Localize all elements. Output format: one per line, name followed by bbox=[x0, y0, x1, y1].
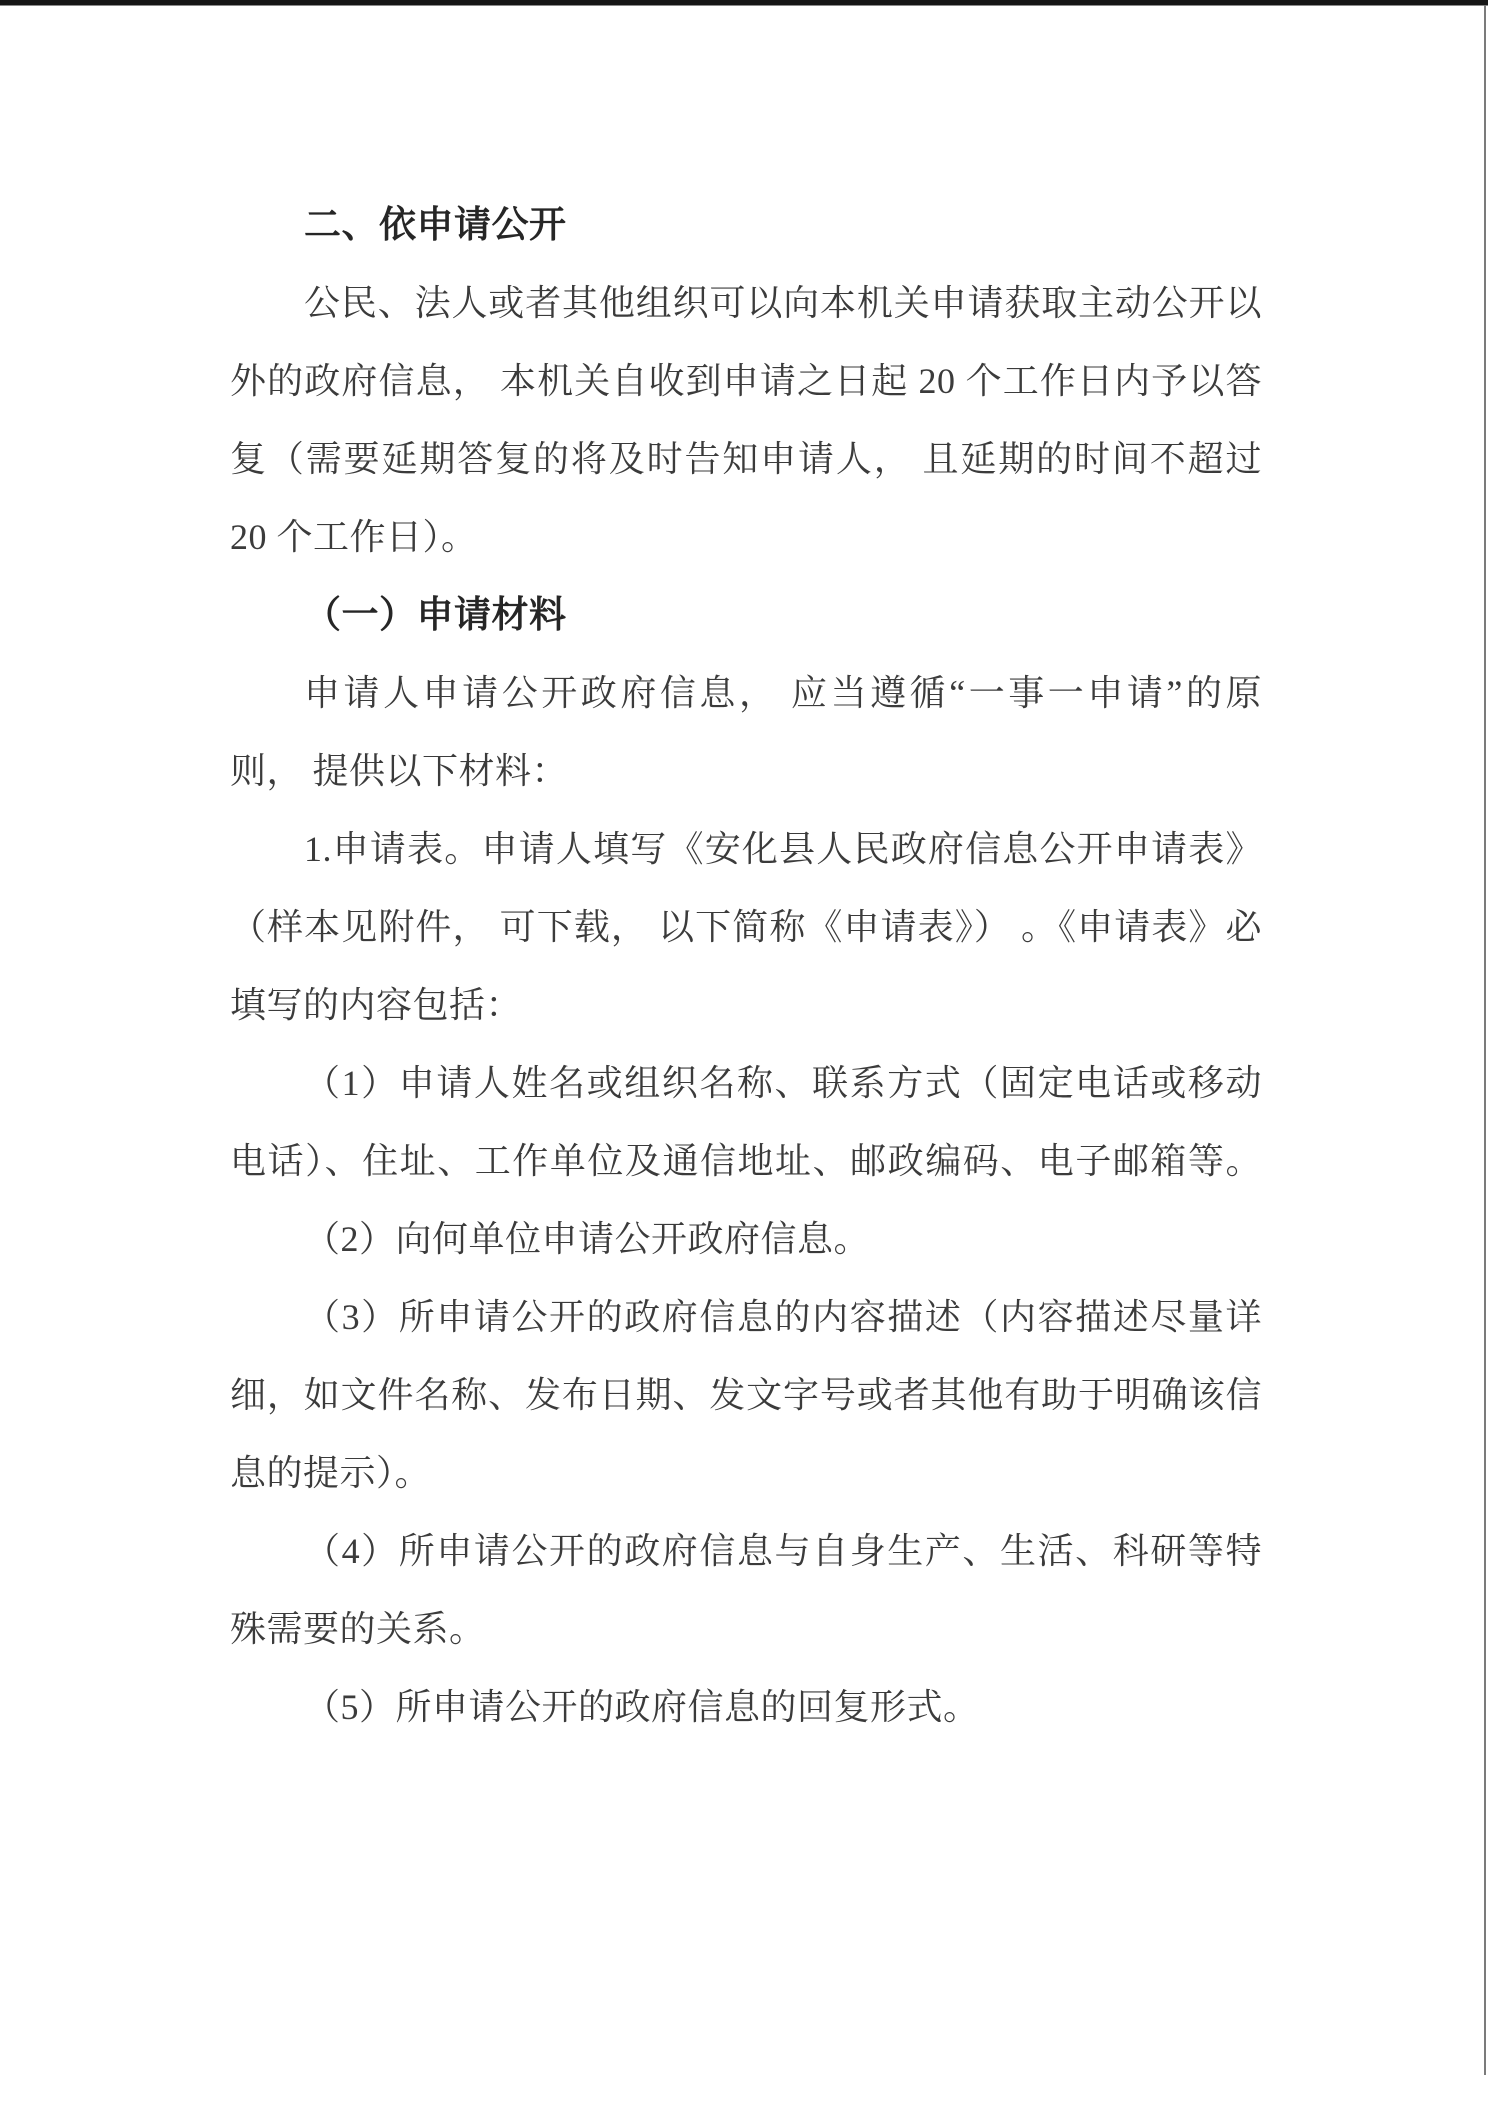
heading-line: 二、依申请公开 bbox=[230, 186, 1262, 264]
text-line: 则， 提供以下材料： bbox=[230, 732, 1262, 810]
text-line: 电话）、住址、工作单位及通信地址、邮政编码、电子邮箱等。 bbox=[230, 1122, 1262, 1200]
document-body: 二、依申请公开公民、法人或者其他组织可以向本机关申请获取主动公开以外的政府信息，… bbox=[230, 186, 1262, 1746]
text-line: 息的提示）。 bbox=[230, 1434, 1262, 1512]
scan-right-edge-artifact bbox=[1484, 5, 1486, 2075]
text-line: （4）所申请公开的政府信息与自身生产、生活、科研等特 bbox=[230, 1512, 1262, 1590]
text-line: （样本见附件， 可下载， 以下简称《申请表》） 。《申请表》必 bbox=[230, 888, 1262, 966]
text-line: 申请人申请公开政府信息， 应当遵循“一事一申请”的原 bbox=[230, 654, 1262, 732]
text-line: 细，如文件名称、发布日期、发文字号或者其他有助于明确该信 bbox=[230, 1356, 1262, 1434]
text-line: 填写的内容包括： bbox=[230, 966, 1262, 1044]
text-line: 公民、法人或者其他组织可以向本机关申请获取主动公开以 bbox=[230, 264, 1262, 342]
text-line: 20 个工作日）。 bbox=[230, 498, 1262, 576]
text-line: 复（需要延期答复的将及时告知申请人， 且延期的时间不超过 bbox=[230, 420, 1262, 498]
text-line: （2）向何单位申请公开政府信息。 bbox=[230, 1200, 1262, 1278]
text-line: 殊需要的关系。 bbox=[230, 1590, 1262, 1668]
text-line: （3）所申请公开的政府信息的内容描述（内容描述尽量详 bbox=[230, 1278, 1262, 1356]
text-line: （1）申请人姓名或组织名称、联系方式（固定电话或移动 bbox=[230, 1044, 1262, 1122]
heading-line: （一）申请材料 bbox=[230, 576, 1262, 654]
text-line: 外的政府信息， 本机关自收到申请之日起 20 个工作日内予以答 bbox=[230, 342, 1262, 420]
scan-top-edge-artifact bbox=[0, 0, 1488, 6]
document-page: 二、依申请公开公民、法人或者其他组织可以向本机关申请获取主动公开以外的政府信息，… bbox=[0, 0, 1488, 2104]
text-line: 1.申请表。申请人填写《安化县人民政府信息公开申请表》 bbox=[230, 810, 1262, 888]
text-line: （5）所申请公开的政府信息的回复形式。 bbox=[230, 1668, 1262, 1746]
